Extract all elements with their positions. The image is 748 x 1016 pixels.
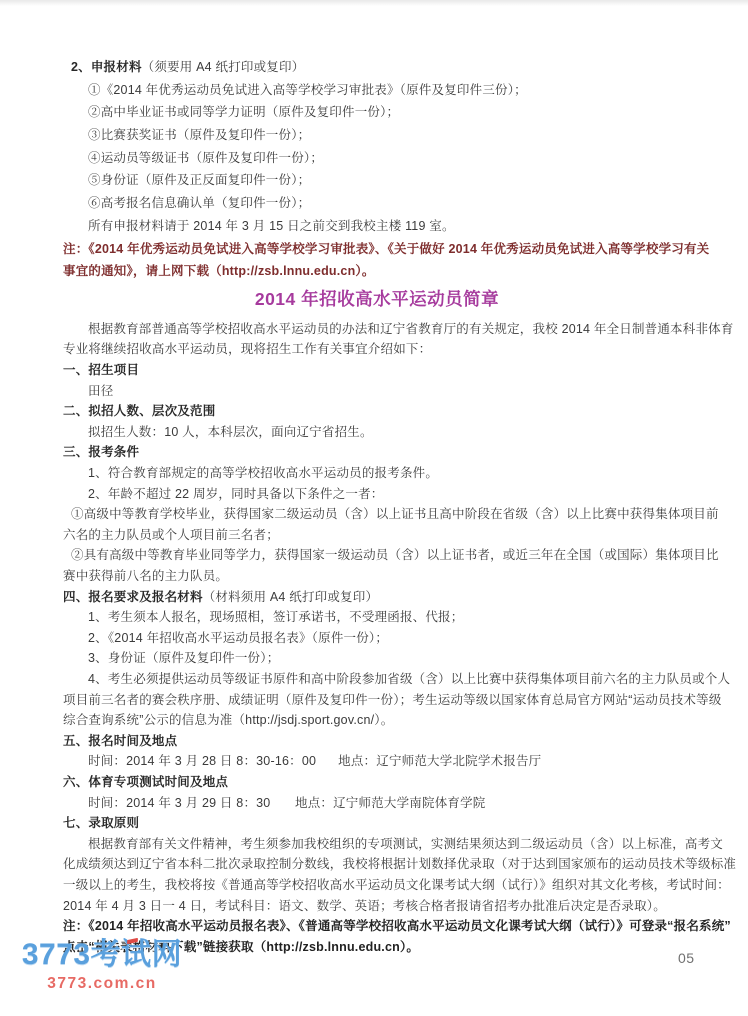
doc-line-text: 注：《2014 年招收高水平运动员报名表》、《普通高等学校招收高水平运动员文化课… — [63, 919, 731, 933]
document-content: 2、申报材料（须要用 A4 纸打印或复印）①《2014 年优秀运动员免试进入高等… — [63, 56, 691, 957]
note-line: 事宜的通知》，请上网下载（http://zsb.lnnu.edu.cn）。 — [63, 260, 691, 283]
section-heading: 六、体育专项测试时间及地点 — [63, 772, 691, 793]
doc-line-text: 一级以上的考生，我校将按《普通高等学校招收高水平运动员文化课考试大纲（试行）》组… — [63, 878, 730, 892]
doc-line-bold-text: 七、录取原则 — [63, 816, 139, 830]
doc-line-text: ④运动员等级证书（原件及复印件一份）； — [88, 151, 323, 165]
doc-line: 2014 年 4 月 3 日一 4 日，考试科目：语文、数学、英语；考核合格者报… — [63, 896, 691, 917]
scan-edge — [0, 0, 748, 6]
doc-line-text: 综合查询系统”公示的信息为准（http://jsdj.sport.gov.cn/… — [63, 713, 393, 727]
section-heading: 三、报考条件 — [63, 442, 691, 463]
doc-line: ①《2014 年优秀运动员免试进入高等学校学习审批表》（原件及复印件三份）； — [63, 79, 691, 102]
doc-line-text: ①高级中等教育学校毕业，获得国家二级运动员（含）以上证书且高中阶段在省级（含）以… — [71, 507, 719, 521]
doc-line-text: ②高中毕业证书或同等学力证明（原件及复印件一份）； — [88, 105, 399, 119]
doc-line-text: 注：《2014 年优秀运动员免试进入高等学校学习审批表》、《关于做好 2014 … — [63, 242, 709, 256]
section-heading: 七、录取原则 — [63, 813, 691, 834]
doc-line-text: 2、《2014 年招收高水平运动员报名表》（原件一份）； — [88, 631, 388, 645]
doc-line: 1、符合教育部规定的高等学校招收高水平运动员的报考条件。 — [63, 463, 691, 484]
doc-line: 4、考生必须提供运动员等级证书原件和高中阶段参加省级（含）以上比赛中获得集体项目… — [63, 669, 691, 690]
site-logo: 3773考试网 — [10, 938, 194, 972]
doc-line-text: ①《2014 年优秀运动员免试进入高等学校学习审批表》（原件及复印件三份）； — [88, 83, 527, 97]
doc-line: 2、《2014 年招收高水平运动员报名表》（原件一份）； — [63, 628, 691, 649]
doc-line-text: 六名的主力队员或个人项目前三名者； — [63, 528, 279, 542]
document-page: 2、申报材料（须要用 A4 纸打印或复印）①《2014 年优秀运动员免试进入高等… — [0, 0, 748, 1016]
doc-line-text: ⑤身份证（原件及正反面复印件一份）； — [88, 173, 310, 187]
doc-line: 专业将继续招收高水平运动员，现将招生工作有关事宜介绍如下： — [63, 339, 691, 360]
doc-line: ②具有高级中等教育毕业同等学力，获得国家一级运动员（含）以上证书者，或近三年在全… — [63, 545, 691, 566]
doc-line-text: 2014 年 4 月 3 日一 4 日，考试科目：语文、数学、英语；考核合格者报… — [63, 899, 666, 913]
doc-line-text: 1、符合教育部规定的高等学校招收高水平运动员的报考条件。 — [88, 466, 438, 480]
doc-line: 所有申报材料请于 2014 年 3 月 15 日之前交到我校主楼 119 室。 — [63, 215, 691, 238]
doc-line: 拟招生人数：10 人，本科层次，面向辽宁省招生。 — [63, 422, 691, 443]
note-line: 注：《2014 年招收高水平运动员报名表》、《普通高等学校招收高水平运动员文化课… — [63, 916, 691, 937]
doc-line-bold-text: 六、体育专项测试时间及地点 — [63, 775, 228, 789]
doc-line-text2: 地点：辽宁师范大学南院体育学院 — [295, 796, 486, 810]
doc-line: 项目前三名者的赛会秩序册、成绩证明（原件及复印件一份）；考生运动等级以国家体育总… — [63, 690, 691, 711]
doc-line-text: 田径 — [88, 384, 113, 398]
doc-line-text: ②具有高级中等教育毕业同等学力，获得国家一级运动员（含）以上证书者，或近三年在全… — [71, 548, 719, 562]
doc-line: 六名的主力队员或个人项目前三名者； — [63, 525, 691, 546]
doc-line: 3、身份证（原件及复印件一份）； — [63, 648, 691, 669]
doc-line-text: 赛中获得前八名的主力队员。 — [63, 569, 228, 583]
doc-line-text: （材料须用 A4 纸打印或复印） — [203, 590, 378, 604]
doc-line-text: 1、考生须本人报名，现场照相，签订承诺书，不受理函报、代报； — [88, 610, 463, 624]
schedule-line: 时间：2014 年 3 月 28 日 8：30-16：00地点：辽宁师范大学北院… — [63, 751, 691, 772]
schedule-line: 时间：2014 年 3 月 29 日 8：30地点：辽宁师范大学南院体育学院 — [63, 793, 691, 814]
doc-line: 综合查询系统”公示的信息为准（http://jsdj.sport.gov.cn/… — [63, 710, 691, 731]
doc-line-text: 根据教育部普通高等学校招收高水平运动员的办法和辽宁省教育厅的有关规定，我校 20… — [88, 322, 734, 336]
doc-line-text: 根据教育部有关文件精神，考生须参加我校组织的专项测试，实测结果须达到二级运动员（… — [88, 837, 723, 851]
doc-line-text: 事宜的通知》，请上网下载（http://zsb.lnnu.edu.cn）。 — [63, 264, 375, 278]
doc-line-text2: 地点：辽宁师范大学北院学术报告厅 — [338, 754, 541, 768]
doc-line: 1、考生须本人报名，现场照相，签订承诺书，不受理函报、代报； — [63, 607, 691, 628]
doc-line: ①高级中等教育学校毕业，获得国家二级运动员（含）以上证书且高中阶段在省级（含）以… — [63, 504, 691, 525]
doc-line-text: ⑥高考报名信息确认单（复印件一份）； — [88, 196, 310, 210]
site-logo-url: 3773.com.cn — [10, 975, 194, 993]
doc-line-bold-text: 2、申报材料 — [71, 60, 142, 74]
doc-line-text: ③比赛获奖证书（原件及复印件一份）； — [88, 128, 310, 142]
doc-line-text: 项目前三名者的赛会秩序册、成绩证明（原件及复印件一份）；考生运动等级以国家体育总… — [63, 693, 722, 707]
doc-line: ④运动员等级证书（原件及复印件一份）； — [63, 147, 691, 170]
doc-line: ⑥高考报名信息确认单（复印件一份）； — [63, 192, 691, 215]
doc-line: ③比赛获奖证书（原件及复印件一份）； — [63, 124, 691, 147]
doc-line-text: 化成绩须达到辽宁省本科二批次录取控制分数线，我校将根据计划数择优录取（对于达到国… — [63, 857, 736, 871]
doc-line: ②高中毕业证书或同等学力证明（原件及复印件一份）； — [63, 101, 691, 124]
section-heading: 一、招生项目 — [63, 360, 691, 381]
doc-line: 根据教育部普通高等学校招收高水平运动员的办法和辽宁省教育厅的有关规定，我校 20… — [63, 319, 691, 340]
site-watermark: 3773考试网 3773.com.cn — [10, 938, 194, 993]
doc-line-bold-text: 一、招生项目 — [63, 363, 139, 377]
section-heading: 四、报名要求及报名材料（材料须用 A4 纸打印或复印） — [63, 587, 691, 608]
doc-line-text: 3、身份证（原件及复印件一份）； — [88, 651, 279, 665]
doc-line-text: 2014 年招收高水平运动员简章 — [255, 289, 499, 309]
note-line: 注：《2014 年优秀运动员免试进入高等学校学习审批表》、《关于做好 2014 … — [63, 238, 691, 261]
doc-line-bold-text: 二、拟招人数、层次及范围 — [63, 404, 215, 418]
doc-line-text: 2、年龄不超过 22 周岁，同时具备以下条件之一者： — [88, 487, 384, 501]
doc-line-text: 4、考生必须提供运动员等级证书原件和高中阶段参加省级（含）以上比赛中获得集体项目… — [88, 672, 730, 686]
doc-line-text: （须要用 A4 纸打印或复印） — [142, 60, 305, 74]
doc-line-text: 时间：2014 年 3 月 29 日 8：30 — [88, 793, 295, 814]
doc-line: 田径 — [63, 381, 691, 402]
doc-line: 赛中获得前八名的主力队员。 — [63, 566, 691, 587]
doc-line: 2、申报材料（须要用 A4 纸打印或复印） — [63, 56, 691, 79]
doc-line: 化成绩须达到辽宁省本科二批次录取控制分数线，我校将根据计划数择优录取（对于达到国… — [63, 854, 691, 875]
doc-line-bold-text: 三、报考条件 — [63, 445, 139, 459]
doc-line: 根据教育部有关文件精神，考生须参加我校组织的专项测试，实测结果须达到二级运动员（… — [63, 834, 691, 855]
doc-line-text: 时间：2014 年 3 月 28 日 8：30-16：00 — [88, 751, 338, 772]
section-heading: 五、报名时间及地点 — [63, 731, 691, 752]
doc-line-bold-text: 四、报名要求及报名材料 — [63, 590, 203, 604]
doc-line-text: 专业将继续招收高水平运动员，现将招生工作有关事宜介绍如下： — [63, 342, 431, 356]
doc-line-bold-text: 五、报名时间及地点 — [63, 734, 177, 748]
section-heading: 二、拟招人数、层次及范围 — [63, 401, 691, 422]
doc-line: ⑤身份证（原件及正反面复印件一份）； — [63, 169, 691, 192]
doc-line: 2、年龄不超过 22 周岁，同时具备以下条件之一者： — [63, 484, 691, 505]
document-title: 2014 年招收高水平运动员简章 — [63, 286, 691, 312]
site-logo-text: 3773考试网 — [22, 938, 182, 971]
doc-line: 一级以上的考生，我校将按《普通高等学校招收高水平运动员文化课考试大纲（试行）》组… — [63, 875, 691, 896]
doc-line-text: 拟招生人数：10 人，本科层次，面向辽宁省招生。 — [88, 425, 373, 439]
doc-line-text: 所有申报材料请于 2014 年 3 月 15 日之前交到我校主楼 119 室。 — [88, 219, 455, 233]
page-number: 05 — [678, 950, 695, 966]
